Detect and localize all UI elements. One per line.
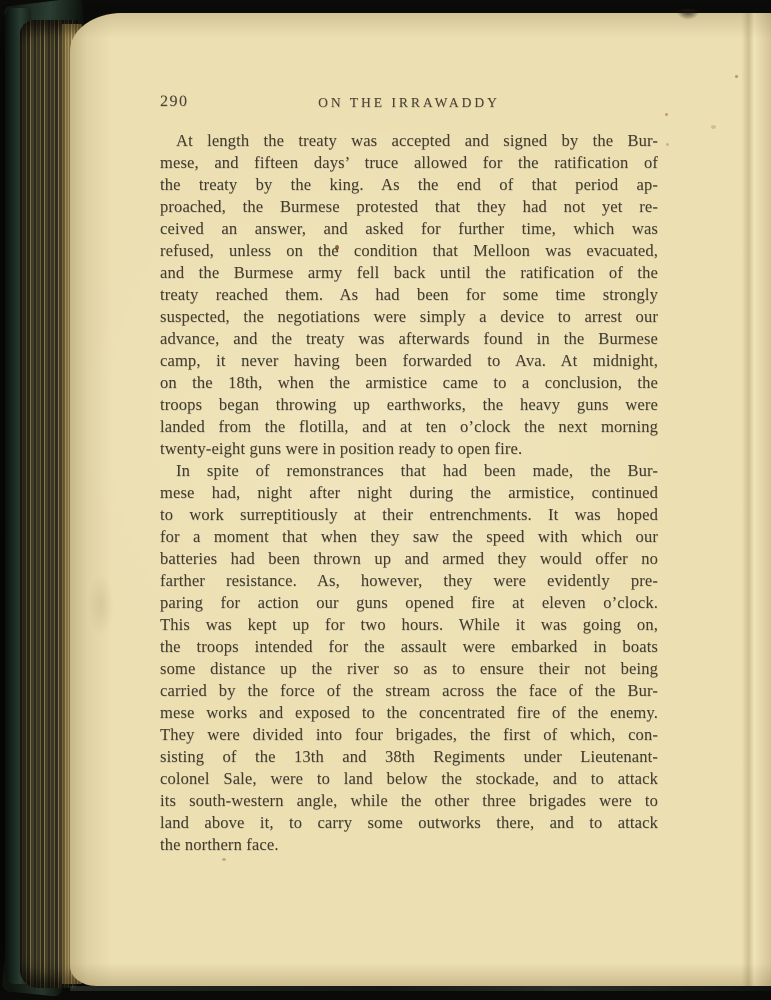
page-header: 290 ON THE IRRAWADDY <box>160 93 658 113</box>
text-line: and the Burmese army fell back until the… <box>160 262 658 284</box>
text-line: batteries had been thrown up and armed t… <box>160 548 658 570</box>
text-line: carried by the force of the stream acros… <box>160 680 658 702</box>
text-line: paring for action our guns opened fire a… <box>160 592 658 614</box>
paragraph: In spite of remonstrances that had been … <box>160 460 658 856</box>
book-page: 290 ON THE IRRAWADDY At length the treat… <box>70 13 771 986</box>
text-line: This was kept up for two hours. While it… <box>160 614 658 636</box>
text-line: the treaty by the king. As the end of th… <box>160 174 658 196</box>
text-line: At length the treaty was accepted and si… <box>160 130 658 152</box>
page-bottom-rim <box>70 986 771 991</box>
paragraph: At length the treaty was accepted and si… <box>160 130 658 460</box>
text-line: the northern face. <box>160 834 658 856</box>
text-line: sisting of the 13th and 38th Regiments u… <box>160 746 658 768</box>
text-line: suspected, the negotiations were simply … <box>160 306 658 328</box>
text-line: advance, and the treaty was afterwards f… <box>160 328 658 350</box>
text-line: camp, it never having been forwarded to … <box>160 350 658 372</box>
text-line: troops began throwing up earthworks, the… <box>160 394 658 416</box>
text-line: colonel Sale, were to land below the sto… <box>160 768 658 790</box>
text-line: on the 18th, when the armistice came to … <box>160 372 658 394</box>
text-line: twenty-eight guns were in position ready… <box>160 438 658 460</box>
text-line: proached, the Burmese protested that the… <box>160 196 658 218</box>
text-line: some distance up the river so as to ensu… <box>160 658 658 680</box>
text-line: its south-western angle, while the other… <box>160 790 658 812</box>
text-line: In spite of remonstrances that had been … <box>160 460 658 482</box>
text-line: mese, and fifteen days’ truce allowed fo… <box>160 152 658 174</box>
text-line: ceived an answer, and asked for further … <box>160 218 658 240</box>
paper-stain <box>88 573 114 637</box>
scanned-book-photo: 290 ON THE IRRAWADDY At length the treat… <box>0 0 771 1000</box>
text-line: mese had, night after night during the a… <box>160 482 658 504</box>
text-line: landed from the flotilla, and at ten o’c… <box>160 416 658 438</box>
text-line: farther resistance. As, however, they we… <box>160 570 658 592</box>
running-title: ON THE IRRAWADDY <box>160 95 658 111</box>
paper-speck <box>666 143 669 146</box>
paper-speck <box>735 75 738 78</box>
text-block: At length the treaty was accepted and si… <box>160 130 658 856</box>
text-line: for a moment that when they saw the spee… <box>160 526 658 548</box>
top-edge-smudge <box>676 9 700 20</box>
paper-speck <box>711 125 716 129</box>
text-line: mese works and exposed to the concentrat… <box>160 702 658 724</box>
text-line: land above it, to carry some outworks th… <box>160 812 658 834</box>
text-line: treaty reached them. As had been for som… <box>160 284 658 306</box>
text-line: the troops intended for the assault were… <box>160 636 658 658</box>
text-line: refused, unless on the condition that Me… <box>160 240 658 262</box>
text-line: They were divided into four brigades, th… <box>160 724 658 746</box>
text-line: to work surreptitiously at their entrenc… <box>160 504 658 526</box>
paper-speck <box>222 858 226 861</box>
paper-speck <box>665 113 668 116</box>
